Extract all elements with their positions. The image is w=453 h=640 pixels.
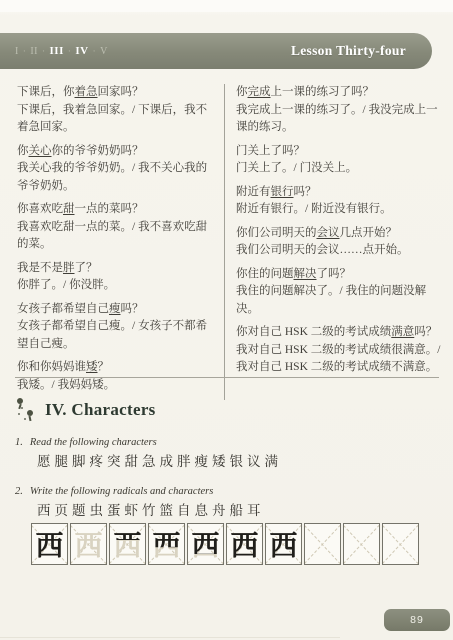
vocab-underlined: 关心 [29,145,52,157]
answer-line: 你胖了。/ 你没胖。 [17,277,216,295]
nav-item-III: III [50,45,64,57]
character: 突 [107,454,121,469]
exercise-instruction: Read the following characters [30,437,157,448]
character: 瘦 [195,454,209,469]
practice-cell [343,523,380,565]
answer-line: 附近有银行。/ 附近没有银行。 [236,201,441,219]
character: 耳 [247,503,261,518]
qa-area: 下课后，你着急回家吗？下课后，我着急回家。/ 下课后，我不着急回家。你关心你的爷… [17,84,441,400]
answer-line: 我喜欢吃甜一点的菜。/ 我不喜欢吃甜的菜。 [17,219,216,254]
nav-separator: · [68,46,72,56]
qa-block: 你关心你的爷爷奶奶吗？我关心我的爷爷奶奶。/ 我不关心我的爷爷奶奶。 [17,143,216,196]
exercise-number: 1. [15,437,23,448]
question-line: 门关上了吗？ [236,143,441,161]
character: 页 [55,503,69,518]
character: 竹 [142,503,156,518]
nav-separator: · [42,46,46,56]
question-line: 你和你妈妈谁矮？ [17,359,216,377]
character: 息 [195,503,209,518]
qa-block: 你完成上一课的练习了吗？我完成上一课的练习了。/ 我没完成上一课的练习。 [236,84,441,137]
vocab-underlined: 甜 [63,203,75,215]
section-nav: I·II·III·IV·V [15,45,108,57]
character: 船 [230,503,244,518]
vocab-underlined: 解决 [294,268,317,280]
qa-block: 你对自己 HSK 二级的考试成绩满意吗？我对自己 HSK 二级的考试成绩很满意。… [236,324,441,377]
character-row-read: 愿腿脚疼突甜急成胖瘦矮银议满 [37,450,282,470]
answer-line: 我对自己 HSK 二级的考试成绩很满意。/ 我对自己 HSK 二级的考试成绩不满… [236,342,441,377]
page-bottom-edge [0,637,340,638]
character: 蛋 [107,503,121,518]
answer-line: 女孩子都希望自己瘦。/ 女孩子不都希望自己瘦。 [17,318,216,353]
decorative-pins-icon [14,396,42,424]
qa-block: 附近有银行吗？附近有银行。/ 附近没有银行。 [236,184,441,219]
practice-cell [304,523,341,565]
answer-line: 我们公司明天的会议……点开始。 [236,242,441,260]
vocab-underlined: 胖 [63,262,75,274]
nav-item-II: II [30,46,38,57]
vocab-underlined: 矮 [86,361,98,373]
character: 疼 [90,454,104,469]
character: 银 [230,454,244,469]
qa-block: 你们公司明天的会议几点开始？我们公司明天的会议……点开始。 [236,225,441,260]
answer-line: 我矮。/ 我妈妈矮。 [17,377,216,395]
practice-cell: 西 [31,523,68,565]
page-number: 89 [410,614,424,626]
question-line: 你完成上一课的练习了吗？ [236,84,441,102]
qa-block: 女孩子都希望自己瘦吗？女孩子都希望自己瘦。/ 女孩子不都希望自己瘦。 [17,301,216,354]
vocab-underlined: 会议 [317,227,340,239]
page-top-edge [0,0,453,12]
practice-cell [382,523,419,565]
character: 议 [247,454,261,469]
qa-block: 你住的问题解决了吗？我住的问题解决了。/ 我住的问题没解决。 [236,266,441,319]
qa-column-right: 你完成上一课的练习了吗？我完成上一课的练习了。/ 我没完成上一课的练习。门关上了… [224,84,441,400]
practice-character: 西 [266,524,301,564]
question-line: 你对自己 HSK 二级的考试成绩满意吗？ [236,324,441,342]
lesson-title: Lesson Thirty-four [291,43,406,59]
practice-cell: 西西 [187,523,224,565]
question-line: 下课后，你着急回家吗？ [17,84,216,102]
practice-cell: 西西 [70,523,107,565]
exercise-1-label: 1.Read the following characters [15,437,157,448]
qa-block: 我是不是胖了？你胖了。/ 你没胖。 [17,260,216,295]
character: 腿 [55,454,69,469]
character: 自 [177,503,191,518]
practice-cell: 西 [265,523,302,565]
qa-block: 下课后，你着急回家吗？下课后，我着急回家。/ 下课后，我不着急回家。 [17,84,216,137]
exercise-2-label: 2.Write the following radicals and chara… [15,486,213,497]
practice-character: 西 [32,524,67,564]
answer-line: 门关上了。/ 门没关上。 [236,160,441,178]
answer-line: 我关心我的爷爷奶奶。/ 我不关心我的爷爷奶奶。 [17,160,216,195]
practice-cell: 西西 [226,523,263,565]
answer-line: 下课后，我着急回家。/ 下课后，我不着急回家。 [17,102,216,137]
vocab-underlined: 银行 [271,186,294,198]
character: 舟 [212,503,226,518]
answer-line: 我完成上一课的练习了。/ 我没完成上一课的练习。 [236,102,441,137]
answer-line: 我住的问题解决了。/ 我住的问题没解决。 [236,283,441,318]
section-title: IV. Characters [45,400,156,420]
character: 虾 [125,503,139,518]
page-number-badge: 89 [384,609,450,631]
question-line: 女孩子都希望自己瘦吗？ [17,301,216,319]
qa-block: 门关上了吗？门关上了。/ 门没关上。 [236,143,441,178]
qa-block: 你喜欢吃甜一点的菜吗？我喜欢吃甜一点的菜。/ 我不喜欢吃甜的菜。 [17,201,216,254]
practice-cell: 西西 [148,523,185,565]
character: 成 [160,454,174,469]
header-bar: I·II·III·IV·V Lesson Thirty-four [0,33,432,69]
qa-column-left: 下课后，你着急回家吗？下课后，我着急回家。/ 下课后，我不着急回家。你关心你的爷… [17,84,224,400]
vocab-underlined: 瘦 [109,303,121,315]
vocab-underlined: 完成 [248,86,271,98]
character: 满 [265,454,279,469]
nav-item-IV: IV [75,45,88,57]
character: 急 [142,454,156,469]
nav-separator: · [93,46,97,56]
exercise-number: 2. [15,486,23,497]
question-line: 你住的问题解决了吗？ [236,266,441,284]
character: 篮 [160,503,174,518]
textbook-page: I·II·III·IV·V Lesson Thirty-four 下课后，你着急… [0,0,453,640]
vocab-underlined: 着急 [75,86,98,98]
question-line: 我是不是胖了？ [17,260,216,278]
exercise-instruction: Write the following radicals and charact… [30,486,213,497]
stroke-practice-grid: 西西西西西西西西西西西西 [31,523,419,565]
character-row-write: 西页题虫蛋虾竹篮自息舟船耳 [37,499,265,519]
character: 西 [37,503,51,518]
question-line: 你喜欢吃甜一点的菜吗？ [17,201,216,219]
character: 虫 [90,503,104,518]
vocab-underlined: 满意 [391,326,414,338]
character: 题 [72,503,86,518]
question-line: 附近有银行吗？ [236,184,441,202]
practice-character-strokes: 西 [227,524,262,564]
character: 愿 [37,454,51,469]
nav-item-I: I [15,46,19,57]
character: 脚 [72,454,86,469]
practice-cell: 西西 [109,523,146,565]
question-line: 你们公司明天的会议几点开始？ [236,225,441,243]
question-line: 你关心你的爷爷奶奶吗？ [17,143,216,161]
section-heading: IV. Characters [14,395,156,425]
character: 甜 [125,454,139,469]
character: 胖 [177,454,191,469]
nav-separator: · [23,46,27,56]
nav-item-V: V [100,46,108,57]
character: 矮 [212,454,226,469]
section-divider [15,377,439,378]
